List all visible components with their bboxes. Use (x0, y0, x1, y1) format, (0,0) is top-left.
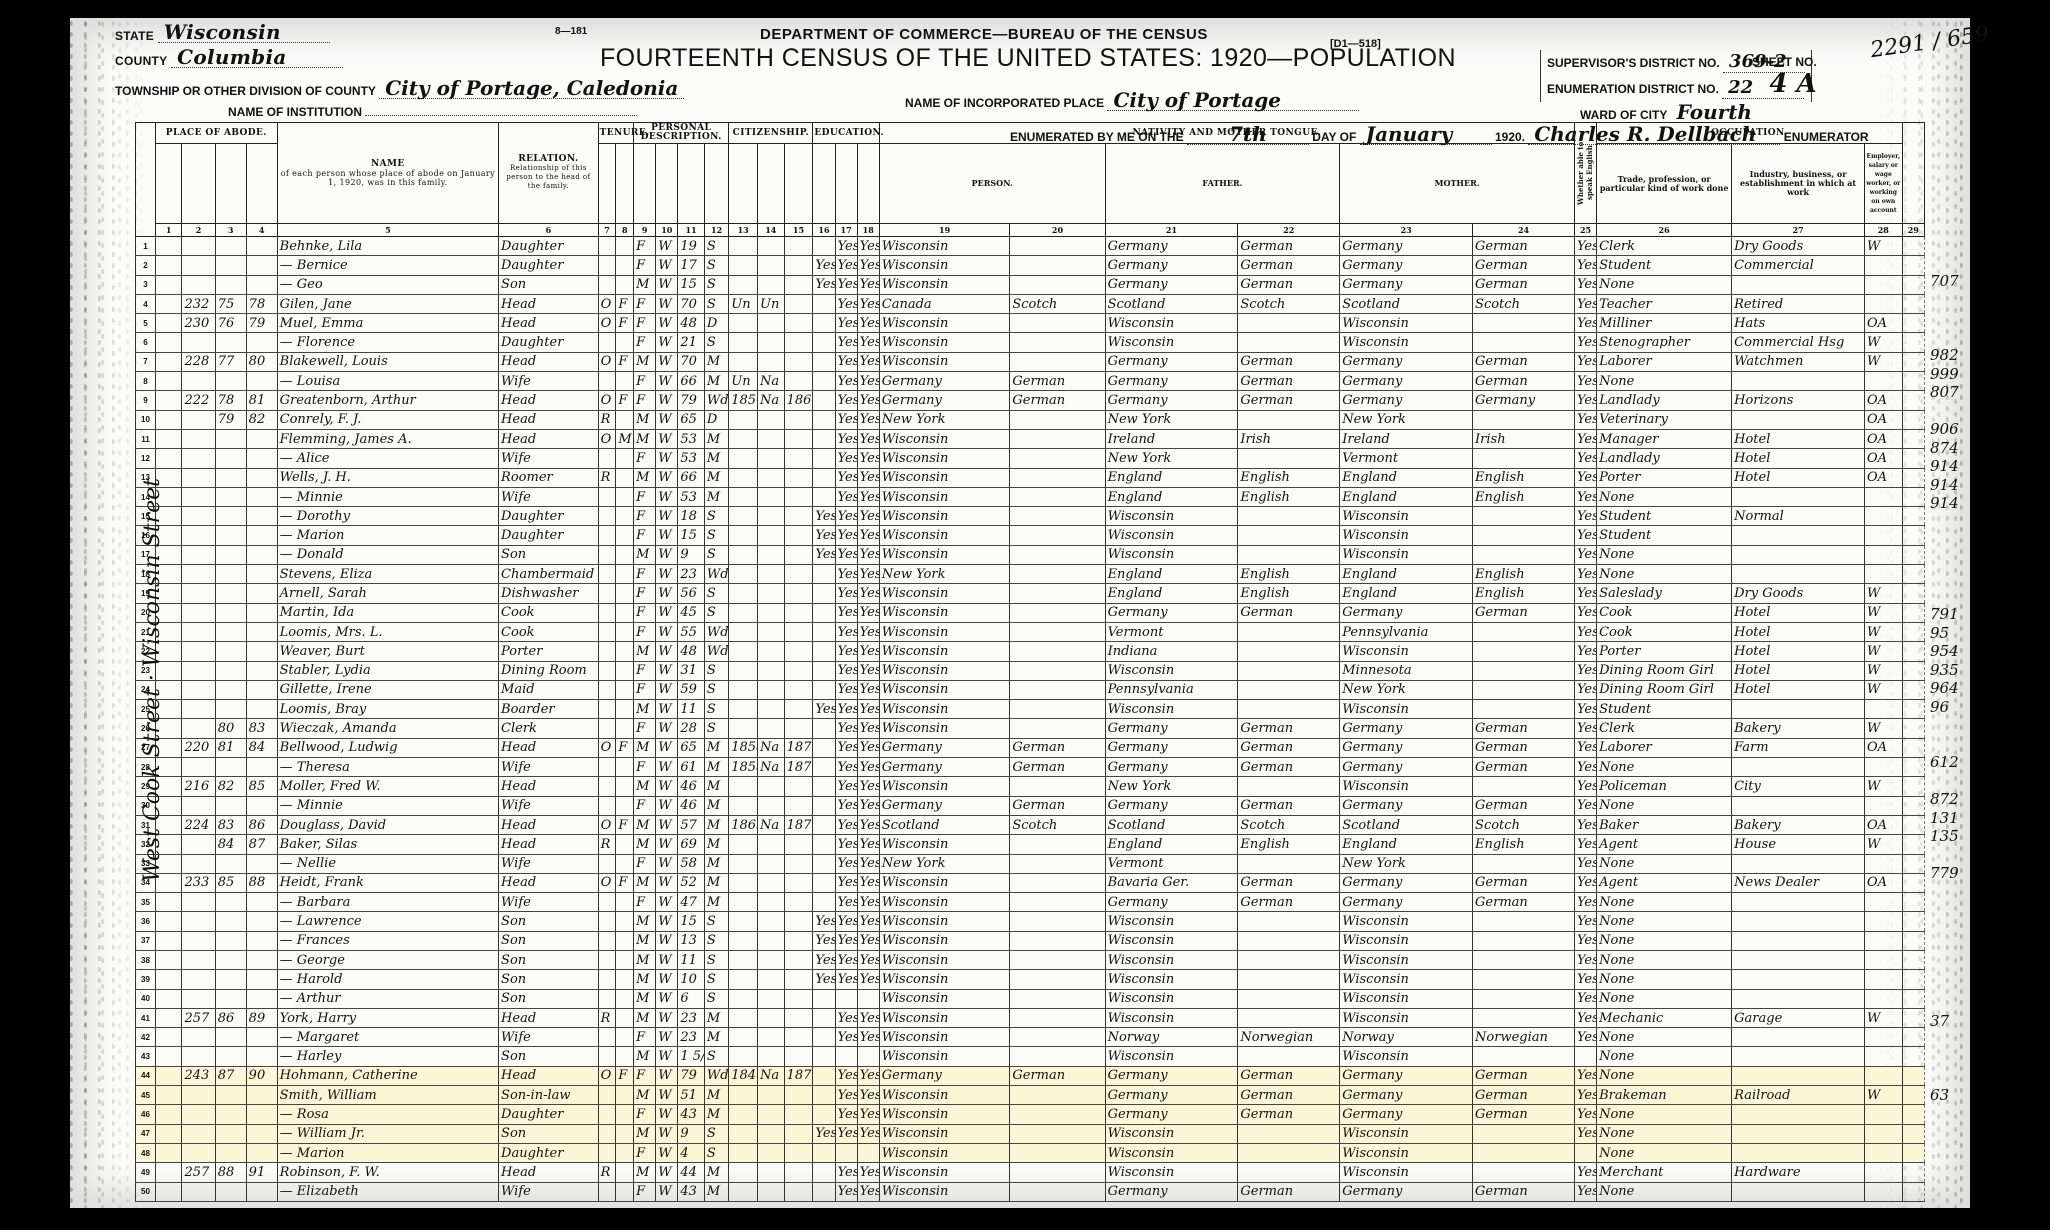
cell-trade: Manager (1597, 429, 1732, 448)
cell-spare (1902, 545, 1924, 564)
cell-marital: S (704, 603, 728, 622)
cell-imm (729, 352, 758, 371)
cell-imm: 1858 (729, 738, 758, 757)
cell-school (813, 1143, 835, 1162)
cell-school (813, 603, 835, 622)
cell-read: Yes (835, 815, 857, 834)
margin-code (1930, 1068, 1970, 1087)
cell-age: 66 (678, 372, 705, 391)
cell-nat: Na (758, 738, 785, 757)
cell-nat (758, 970, 785, 989)
cell-marital: M (704, 854, 728, 873)
cell-age: 57 (678, 815, 705, 834)
cell-spare (1902, 738, 1924, 757)
margin-code: 914 (1930, 476, 1970, 495)
cell-write: Yes (857, 642, 879, 661)
cell-fbirth: Wisconsin (1105, 526, 1238, 545)
cell-sex: M (634, 545, 656, 564)
cell-nat (758, 468, 785, 487)
cell-mbirth: Wisconsin (1340, 1047, 1473, 1066)
margin-code: 135 (1930, 827, 1970, 846)
cell-mort (616, 1008, 634, 1027)
cell-natyr: 1870 (784, 815, 813, 834)
cell-ftongue (1238, 989, 1340, 1008)
cell-marital: S (704, 545, 728, 564)
cell-ftongue (1238, 854, 1340, 873)
cell-school (813, 1047, 835, 1066)
cell-ftongue (1238, 931, 1340, 950)
cell-birth: Wisconsin (879, 642, 1010, 661)
cell-mtongue (1473, 333, 1575, 352)
cell-fbirth: Germany (1105, 1105, 1238, 1124)
township-value: City of Portage, Caledonia (379, 78, 684, 99)
margin-code (1930, 1142, 1970, 1161)
cell-class: W (1864, 333, 1902, 352)
margin-code: 964 (1930, 679, 1970, 698)
cell-natyr (784, 796, 813, 815)
cell-nat (758, 1182, 785, 1201)
cell-mbirth: Germany (1340, 738, 1473, 757)
cell-industry: Bakery (1732, 815, 1865, 834)
cell-tongue: German (1010, 372, 1105, 391)
cell-natyr (784, 777, 813, 796)
cell-mbirth: Scotland (1340, 815, 1473, 834)
cell-class: W (1864, 835, 1902, 854)
cell-house (182, 912, 215, 931)
cell-sex: F (634, 372, 656, 391)
cell-relation: Son (499, 970, 599, 989)
cell-school (813, 487, 835, 506)
cell-school (813, 758, 835, 777)
cell-age: 13 (678, 931, 705, 950)
cell-natyr (784, 1143, 813, 1162)
cell-natyr (784, 603, 813, 622)
cell-industry: Railroad (1732, 1086, 1865, 1105)
cell-write: Yes (857, 738, 879, 757)
cell-ftongue: English (1238, 487, 1340, 506)
cell-mbirth: Germany (1340, 256, 1473, 275)
cell-age: 56 (678, 584, 705, 603)
cell-name: Greatenborn, Arthur (277, 391, 498, 410)
cell-fbirth: Germany (1105, 719, 1238, 738)
line-number: 47 (136, 1124, 156, 1143)
cell-relation: Cook (499, 622, 599, 641)
cell-imm: 1850 (729, 391, 758, 410)
cell-imm: 1865 (729, 815, 758, 834)
cell-fbirth: England (1105, 835, 1238, 854)
cell-read (835, 1143, 857, 1162)
cell-age: 47 (678, 893, 705, 912)
cell-trade: Teacher (1597, 294, 1732, 313)
supervisor-label: SUPERVISOR'S DISTRICT NO. (1547, 56, 1720, 70)
cell-industry: Hotel (1732, 449, 1865, 468)
cell-english: Yes (1574, 1066, 1596, 1085)
house-col (182, 144, 215, 224)
incorporated-value: City of Portage (1107, 90, 1359, 111)
cell-house (182, 565, 215, 584)
table-row: 36— LawrenceSonMW15SYesYesYesWisconsinWi… (136, 912, 1925, 931)
cell-english: Yes (1574, 777, 1596, 796)
cell-home (598, 854, 616, 873)
cell-family (246, 372, 277, 391)
cell-tongue (1010, 603, 1105, 622)
cell-read: Yes (835, 1182, 857, 1201)
cell-dwelling (215, 507, 246, 526)
cell-trade: None (1597, 1066, 1732, 1085)
english-header-text: Whether able to speak English (1576, 136, 1594, 210)
cell-english: Yes (1574, 410, 1596, 429)
cell-family (246, 1143, 277, 1162)
township-line: TOWNSHIP OR OTHER DIVISION OF COUNTY Cit… (115, 78, 684, 99)
cell-age: 1 5/12 (678, 1047, 705, 1066)
cell-mbirth: Scotland (1340, 294, 1473, 313)
cell-marital: D (704, 314, 728, 333)
cell-tongue (1010, 893, 1105, 912)
cell-natyr (784, 661, 813, 680)
cell-class (1864, 989, 1902, 1008)
table-row: 35— BarbaraWifeFW47MYesYesWisconsinGerma… (136, 893, 1925, 912)
cell-tongue (1010, 275, 1105, 294)
cell-mbirth: England (1340, 565, 1473, 584)
mother-subheader: MOTHER. (1340, 144, 1575, 224)
cell-house (182, 256, 215, 275)
margin-code: 37 (1930, 1012, 1970, 1031)
table-row: 14— MinnieWifeFW53MYesYesWisconsinEnglan… (136, 487, 1925, 506)
cell-age: 52 (678, 873, 705, 892)
cell-read: Yes (835, 758, 857, 777)
cell-write: Yes (857, 815, 879, 834)
cell-home (598, 545, 616, 564)
cell-natyr (784, 1028, 813, 1047)
cell-english: Yes (1574, 487, 1596, 506)
cell-birth: Scotland (879, 815, 1010, 834)
cell-mtongue: German (1473, 1086, 1575, 1105)
cell-home: O (598, 429, 616, 448)
cell-school (813, 796, 835, 815)
cell-school (813, 1182, 835, 1201)
cell-sex: M (634, 429, 656, 448)
column-number: 18 (857, 224, 879, 237)
cell-family (246, 237, 277, 256)
margin-code (1930, 1031, 1970, 1050)
cell-english: Yes (1574, 1124, 1596, 1143)
cell-read: Yes (835, 1086, 857, 1105)
margin-code: 914 (1930, 494, 1970, 513)
cell-class: OA (1864, 468, 1902, 487)
cell-imm (729, 700, 758, 719)
cell-birth: Wisconsin (879, 1182, 1010, 1201)
cell-relation: Chambermaid (499, 565, 599, 584)
cell-marital: M (704, 1086, 728, 1105)
cell-family (246, 487, 277, 506)
cell-mtongue: German (1473, 275, 1575, 294)
cell-natyr (784, 680, 813, 699)
cell-nat (758, 1008, 785, 1027)
cell-mtongue: German (1473, 719, 1575, 738)
cell-tongue (1010, 352, 1105, 371)
cell-school (813, 468, 835, 487)
cell-read: Yes (835, 1008, 857, 1027)
margin-code (1930, 513, 1970, 532)
cell-mtongue (1473, 700, 1575, 719)
cell-natyr (784, 1086, 813, 1105)
cell-family (246, 622, 277, 641)
cell-class (1864, 294, 1902, 313)
cell-house (182, 758, 215, 777)
cell-read: Yes (835, 372, 857, 391)
cell-nat (758, 1143, 785, 1162)
margin-code: 779 (1930, 864, 1970, 883)
cell-marital: S (704, 950, 728, 969)
cell-fbirth: New York (1105, 410, 1238, 429)
cell-home: O (598, 738, 616, 757)
cell-write: Yes (857, 256, 879, 275)
cell-trade: None (1597, 1182, 1732, 1201)
cell-ftongue: German (1238, 275, 1340, 294)
cell-family (246, 429, 277, 448)
cell-mort (616, 449, 634, 468)
cell-fbirth: Norway (1105, 1028, 1238, 1047)
occupation-header: OCCUPATION. (1597, 123, 1903, 144)
cell-marital: M (704, 1182, 728, 1201)
cell-natyr (784, 1008, 813, 1027)
cell-nat (758, 931, 785, 950)
cell-mtongue: German (1473, 873, 1575, 892)
cell-house: 228 (182, 352, 215, 371)
cell-fbirth: Wisconsin (1105, 1008, 1238, 1027)
cell-industry: Horizons (1732, 391, 1865, 410)
cell-mbirth: Wisconsin (1340, 526, 1473, 545)
cell-ftongue (1238, 410, 1340, 429)
cell-write: Yes (857, 970, 879, 989)
cell-home (598, 758, 616, 777)
cell-nat (758, 622, 785, 641)
cell-class: OA (1864, 449, 1902, 468)
cell-school (813, 989, 835, 1008)
cell-industry (1732, 1124, 1865, 1143)
cell-write: Yes (857, 352, 879, 371)
cell-mbirth: Germany (1340, 873, 1473, 892)
cell-nat: Na (758, 815, 785, 834)
cell-mort: F (616, 738, 634, 757)
column-number: 17 (835, 224, 857, 237)
cell-imm (729, 1028, 758, 1047)
spare-col-header (1902, 123, 1924, 224)
institution-label: NAME OF INSTITUTION (228, 105, 362, 119)
cell-marital: S (704, 680, 728, 699)
cell-ftongue (1238, 950, 1340, 969)
cell-write: Yes (857, 526, 879, 545)
cell-house: 220 (182, 738, 215, 757)
cell-name: Arnell, Sarah (277, 584, 498, 603)
cell-ftongue: German (1238, 1086, 1340, 1105)
cell-class: W (1864, 237, 1902, 256)
table-row: 72287780Blakewell, LouisHeadOFMW70MYesYe… (136, 352, 1925, 371)
cell-class: W (1864, 719, 1902, 738)
cell-mbirth: Germany (1340, 372, 1473, 391)
cell-natyr (784, 294, 813, 313)
cell-name: Blakewell, Louis (277, 352, 498, 371)
cell-house: 222 (182, 391, 215, 410)
cell-natyr (784, 970, 813, 989)
cell-name: Loomis, Bray (277, 700, 498, 719)
cell-age: 58 (678, 854, 705, 873)
cell-trade: Stenographer (1597, 333, 1732, 352)
cell-industry: Retired (1732, 294, 1865, 313)
cell-trade: Cook (1597, 622, 1732, 641)
cell-relation: Head (499, 352, 599, 371)
cell-name: — Frances (277, 931, 498, 950)
cell-mbirth: Wisconsin (1340, 333, 1473, 352)
cell-english: Yes (1574, 294, 1596, 313)
cell-trade: None (1597, 912, 1732, 931)
cell-marital: Wd (704, 565, 728, 584)
cell-relation: Daughter (499, 526, 599, 545)
cell-mort (616, 989, 634, 1008)
cell-home: R (598, 1008, 616, 1027)
cell-race: W (656, 719, 678, 738)
cell-mtongue: English (1473, 835, 1575, 854)
cell-read: Yes (835, 642, 857, 661)
cell-fbirth: Vermont (1105, 854, 1238, 873)
cell-relation: Porter (499, 642, 599, 661)
cell-family (246, 449, 277, 468)
table-row: 412578689York, HarryHeadRMW23MYesYesWisc… (136, 1008, 1925, 1027)
cell-tongue (1010, 1182, 1105, 1201)
cell-fbirth: England (1105, 584, 1238, 603)
column-number: 1 (155, 224, 182, 237)
cell-birth: Wisconsin (879, 603, 1010, 622)
immigration-col (729, 144, 758, 224)
cell-mbirth: Germany (1340, 237, 1473, 256)
cell-write: Yes (857, 796, 879, 815)
ward-label: WARD OF CITY (1580, 108, 1667, 122)
cell-age: 23 (678, 1028, 705, 1047)
cell-spare (1902, 700, 1924, 719)
cell-spare (1902, 970, 1924, 989)
cell-nat (758, 565, 785, 584)
cell-write: Yes (857, 931, 879, 950)
column-number: 8 (616, 224, 634, 237)
cell-class: OA (1864, 738, 1902, 757)
cell-family (246, 1124, 277, 1143)
cell-class (1864, 893, 1902, 912)
school-col (813, 144, 835, 224)
cell-dwelling (215, 700, 246, 719)
cell-natyr (784, 333, 813, 352)
cell-class: OA (1864, 429, 1902, 448)
cell-nat (758, 912, 785, 931)
cell-mort (616, 468, 634, 487)
cell-family (246, 565, 277, 584)
cell-natyr (784, 410, 813, 429)
cell-read: Yes (835, 661, 857, 680)
cell-age: 17 (678, 256, 705, 275)
cell-english: Yes (1574, 391, 1596, 410)
cell-home (598, 526, 616, 545)
cell-name: — Alice (277, 449, 498, 468)
cell-imm (729, 410, 758, 429)
cell-spare (1902, 1182, 1924, 1201)
cell-ftongue (1238, 642, 1340, 661)
cell-ftongue (1238, 545, 1340, 564)
cell-school (813, 835, 835, 854)
table-row: 272208184Bellwood, LudwigHeadOFMW65M1858… (136, 738, 1925, 757)
margin-code (1930, 957, 1970, 976)
cell-family (246, 970, 277, 989)
cell-industry: Watchmen (1732, 352, 1865, 371)
cell-mbirth: Vermont (1340, 449, 1473, 468)
cell-trade: Landlady (1597, 391, 1732, 410)
cell-mtongue (1473, 1047, 1575, 1066)
cell-birth: Wisconsin (879, 449, 1010, 468)
cell-mort (616, 719, 634, 738)
cell-english: Yes (1574, 738, 1596, 757)
form-code: [D1—518] (1330, 38, 1381, 50)
cell-family (246, 468, 277, 487)
table-row: 30— MinnieWifeFW46MYesYesGermanyGermanGe… (136, 796, 1925, 815)
cell-nat (758, 796, 785, 815)
margin-code (1930, 735, 1970, 754)
cell-class (1864, 1105, 1902, 1124)
margin-code (1930, 328, 1970, 347)
cell-dwelling (215, 256, 246, 275)
cell-industry: Hotel (1732, 468, 1865, 487)
industry-header: Industry, business, or establishment in … (1732, 144, 1865, 224)
cell-home (598, 565, 616, 584)
cell-write: Yes (857, 719, 879, 738)
cell-birth: Germany (879, 796, 1010, 815)
cell-nat (758, 352, 785, 371)
cell-imm (729, 873, 758, 892)
cell-marital: S (704, 1124, 728, 1143)
cell-imm (729, 642, 758, 661)
cell-nat (758, 333, 785, 352)
cell-birth: Germany (879, 391, 1010, 410)
cell-mort (616, 410, 634, 429)
cell-read: Yes (835, 429, 857, 448)
cell-mort (616, 1163, 634, 1182)
cell-mort: F (616, 1066, 634, 1085)
cell-mort: F (616, 391, 634, 410)
cell-read: Yes (835, 1066, 857, 1085)
cell-industry: Hats (1732, 314, 1865, 333)
cell-trade: Veterinary (1597, 410, 1732, 429)
cell-house (182, 275, 215, 294)
cell-class: W (1864, 622, 1902, 641)
cell-trade: Dining Room Girl (1597, 680, 1732, 699)
cell-tongue (1010, 526, 1105, 545)
cell-mtongue (1473, 449, 1575, 468)
cell-age: 9 (678, 1124, 705, 1143)
cell-home: R (598, 468, 616, 487)
cell-ftongue: German (1238, 372, 1340, 391)
cell-sex: F (634, 1066, 656, 1085)
cell-birth: Wisconsin (879, 526, 1010, 545)
township-label: TOWNSHIP OR OTHER DIVISION OF COUNTY (115, 84, 376, 98)
margin-code: 612 (1930, 753, 1970, 772)
cell-industry (1732, 1047, 1865, 1066)
cell-ftongue: German (1238, 893, 1340, 912)
cell-school: Yes (813, 970, 835, 989)
cell-school (813, 294, 835, 313)
cell-home (598, 642, 616, 661)
cell-natyr: 1871 (784, 738, 813, 757)
cell-birth: Germany (879, 758, 1010, 777)
sheet-number-block: SHEET NO. 4 A (1752, 55, 1817, 99)
cell-industry: News Dealer (1732, 873, 1865, 892)
cell-english: Yes (1574, 526, 1596, 545)
